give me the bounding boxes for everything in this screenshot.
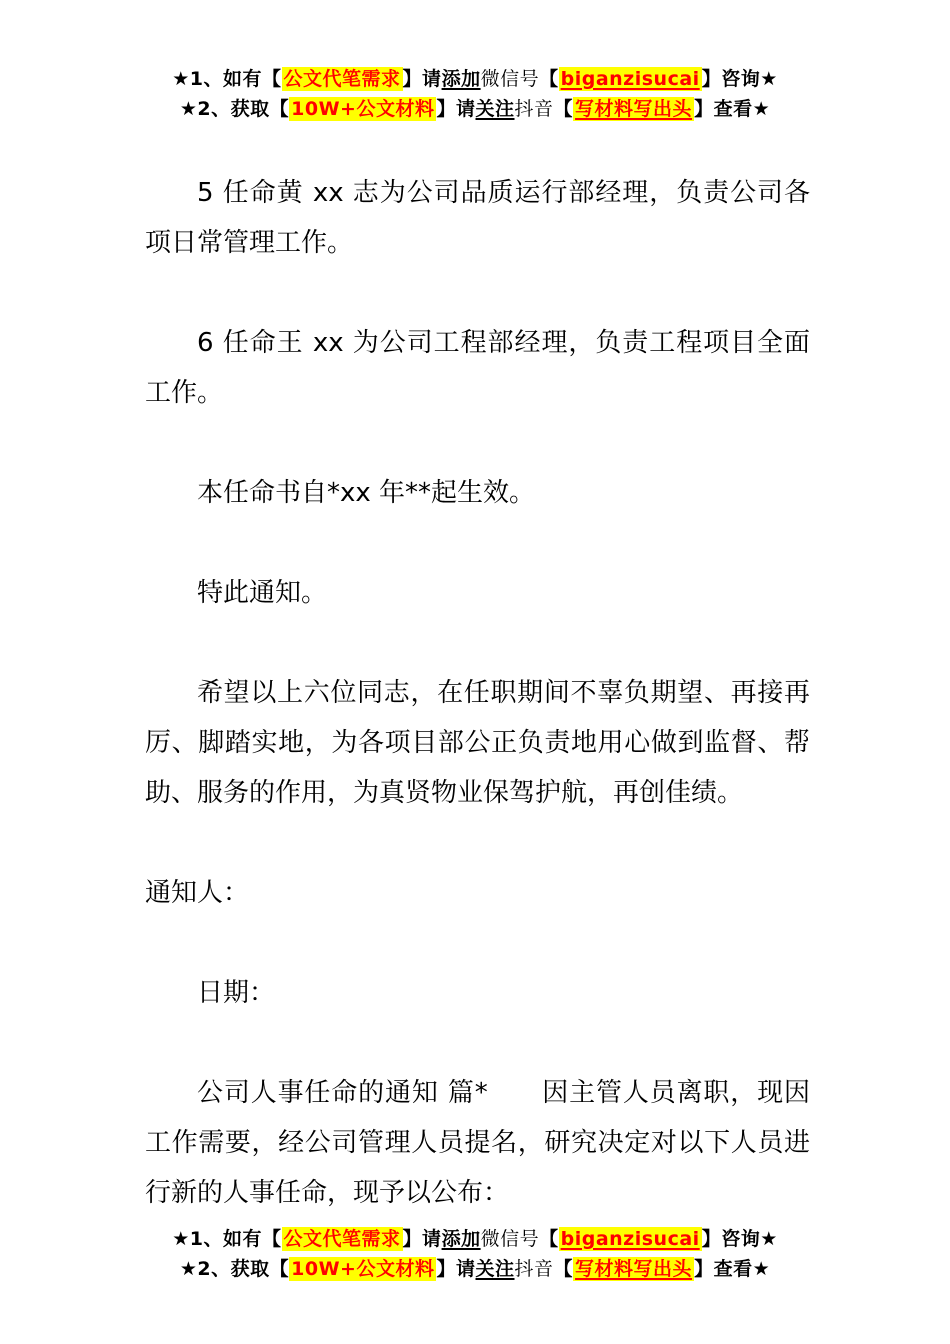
document-body: 5 任命黄 xx 志为公司品质运行部经理，负责公司各项日常管理工作。 6 任命王… [145,168,810,1218]
document-page: ★1、如有【公文代笔需求】请添加微信号【biganzisucai】咨询★ ★2、… [0,0,950,1344]
banner-text: 】咨询★ [702,1228,778,1250]
paragraph-expectation: 希望以上六位同志，在任职期间不辜负期望、再接再厉、脚踏实地，为各项目部公正负责地… [145,668,810,818]
highlight-phrase: 公文代笔需求 [282,67,403,91]
banner-text: 】请 [403,68,442,90]
wechat-id: biganzisucai [559,1227,702,1251]
highlight-phrase: 公文代笔需求 [282,1227,403,1251]
banner-channel-label: 抖音 [515,98,554,120]
banner-text: 】请 [403,1228,442,1250]
promo-line-2: ★2、获取【10W+公文材料】请关注抖音【写材料写出头】查看★ [0,1254,950,1284]
banner-text: ★1、如有【 [172,1228,281,1250]
banner-underlined-word: 添加 [442,1228,481,1250]
paragraph-next-notice-intro: 公司人事任命的通知 篇* 因主管人员离职，现因工作需要，经公司管理人员提名，研究… [145,1068,810,1218]
promo-line-1: ★1、如有【公文代笔需求】请添加微信号【biganzisucai】咨询★ [0,1224,950,1254]
paragraph-notifier: 通知人： [145,868,810,918]
banner-text: 【 [554,1258,574,1280]
banner-channel-label: 抖音 [515,1258,554,1280]
banner-text: 】请 [436,98,475,120]
banner-text: 】咨询★ [702,68,778,90]
wechat-id: biganzisucai [559,67,702,91]
banner-underlined-word: 添加 [442,68,481,90]
promo-banner-bottom: ★1、如有【公文代笔需求】请添加微信号【biganzisucai】咨询★ ★2、… [0,1224,950,1284]
banner-text: ★2、获取【 [180,1258,289,1280]
douyin-account: 写材料写出头 [573,1257,694,1281]
paragraph-hereby-notice: 特此通知。 [145,568,810,618]
highlight-phrase: 10W+公文材料 [289,97,436,121]
banner-text: 【 [554,98,574,120]
promo-line-1: ★1、如有【公文代笔需求】请添加微信号【biganzisucai】咨询★ [0,64,950,94]
banner-text: 】查看★ [694,1258,770,1280]
banner-channel-label: 微信号 [481,68,540,90]
banner-text: 】请 [436,1258,475,1280]
paragraph-effective-date: 本任命书自*xx 年**起生效。 [145,468,810,518]
paragraph-appointment-5: 5 任命黄 xx 志为公司品质运行部经理，负责公司各项日常管理工作。 [145,168,810,268]
paragraph-date: 日期： [145,968,810,1018]
paragraph-appointment-6: 6 任命王 xx 为公司工程部经理，负责工程项目全面工作。 [145,318,810,418]
banner-text: 】查看★ [694,98,770,120]
banner-text: ★1、如有【 [172,68,281,90]
banner-text: 【 [539,68,559,90]
banner-text: 【 [539,1228,559,1250]
douyin-account: 写材料写出头 [573,97,694,121]
promo-line-2: ★2、获取【10W+公文材料】请关注抖音【写材料写出头】查看★ [0,94,950,124]
banner-underlined-word: 关注 [476,98,515,120]
highlight-phrase: 10W+公文材料 [289,1257,436,1281]
banner-text: ★2、获取【 [180,98,289,120]
banner-underlined-word: 关注 [476,1258,515,1280]
promo-banner-top: ★1、如有【公文代笔需求】请添加微信号【biganzisucai】咨询★ ★2、… [0,64,950,124]
banner-channel-label: 微信号 [481,1228,540,1250]
